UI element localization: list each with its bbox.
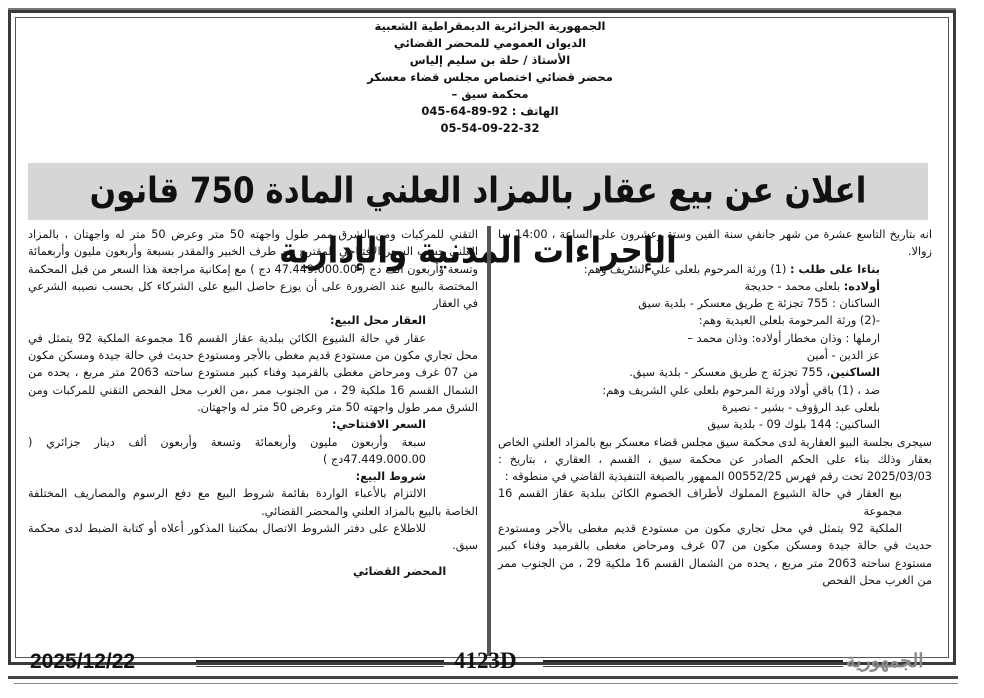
against-line: ضد ، (1) باقي أولاد ورثة المرحوم بلعلى ع… (498, 382, 932, 399)
request-line: بناءا على طلب : (1) ورثة المرحوم بلعلى ع… (498, 261, 932, 278)
header-republic: الجمهورية الجزائرية الديمقراطية الشعبية (330, 18, 650, 35)
conditions-text: الالتزام بالأعباء الواردة بقائمة شروط ال… (28, 485, 478, 520)
footer-issue-number: 4123D (454, 648, 517, 674)
residents-3: الساكنين: 144 بلوك 09 - بلدية سيق (498, 416, 932, 433)
header-jurisdiction: محضر قضائي اختصاص مجلس قضاء معسكر (330, 69, 650, 86)
left-column: التقني للمركبات ومن الشرق ممر طول واجهته… (28, 226, 478, 580)
right-column: انه بتاريخ التاسع عشرة من شهر جانفي سنة … (498, 226, 932, 589)
children-label: أولاده: (844, 280, 880, 293)
header-office: الديوان العمومي للمحضر القضائي (330, 35, 650, 52)
residents-2-address: ، 755 تجزئة ج طريق معسكر - بلدية سيق. (629, 366, 830, 379)
residents-1: الساكنان : 755 تجزئة ج طريق معسكر - بلدي… (498, 295, 932, 312)
header-court: محكمة سيق – (330, 86, 650, 103)
price-heading: السعر الافتتاحي: (28, 416, 478, 433)
footer-rule-right (543, 660, 843, 667)
column-divider (487, 226, 491, 656)
children-names-2: عز الدين - أمين (498, 347, 932, 364)
children-names-1: بلعلى محمد - حديجة (745, 280, 841, 293)
request-heirs-2: -(2) ورثة المرحومة بلعلى العيدية وهم: (498, 312, 932, 329)
property-paragraph: الملكية 92 يتمثل في محل تجاري مكون من مس… (498, 520, 932, 589)
session-paragraph: سيجرى بجلسة البيو العقارية لدى محكمة سيق… (498, 434, 932, 486)
price-text: سبعة وأربعون مليون وأربعمائة وتسعة وأربع… (28, 434, 478, 469)
contact-text: للاطلاع على دفتر الشروط الاتصال بمكتبنا … (28, 520, 478, 555)
bottom-rule-thin (14, 683, 958, 684)
notice-header: الجمهورية الجزائرية الديمقراطية الشعبية … (330, 18, 650, 137)
header-phone: الهاتف : 92-89-64-045 (330, 103, 650, 120)
continuation-paragraph: التقني للمركبات ومن الشرق ممر طول واجهته… (28, 226, 478, 312)
footer-rule-left (196, 660, 444, 667)
title-bullet-icon (848, 183, 851, 186)
request-label: بناءا على طلب : (790, 263, 880, 276)
page-footer: 2025/12/22 4123D الجمهورية (28, 650, 958, 674)
intro-paragraph: انه بتاريخ التاسع عشرة من شهر جانفي سنة … (498, 226, 932, 261)
widower-line: ارملها : وذان مخطار أولاده: وذان محمد – (498, 330, 932, 347)
property-description: عقار في حالة الشيوع الكائن ببلدية عقاز ا… (28, 330, 478, 416)
conditions-heading: شروط البيع: (28, 468, 478, 485)
header-bailiff-name: الأستاذ / حلة بن سليم إلياس (330, 52, 650, 69)
ruling-paragraph: بيع العقار في حالة الشيوع المملوك لأطراف… (498, 485, 932, 520)
against-names: بلعلى عبد الرؤوف - بشير - نصيرة (498, 399, 932, 416)
footer-date: 2025/12/22 (30, 650, 135, 674)
header-mobile: 05-54-09-22-32 (330, 120, 650, 137)
residents-2-label: الساكنين (830, 366, 880, 379)
property-heading: العقار محل البيع: (28, 312, 478, 329)
notice-title: اعلان عن بيع عقار بالمزاد العلني المادة … (28, 161, 928, 221)
signature: المحضر القضائي (28, 563, 478, 580)
residents-2-line: الساكنين، 755 تجزئة ج طريق معسكر - بلدية… (498, 364, 932, 381)
request-heirs-1: (1) ورثة المرحوم بلعلى علي الشريف وهم: (584, 263, 787, 276)
bottom-rule (8, 676, 958, 679)
newspaper-logo: الجمهورية (846, 650, 924, 672)
children-line: أولاده: بلعلى محمد - حديجة (498, 278, 932, 295)
